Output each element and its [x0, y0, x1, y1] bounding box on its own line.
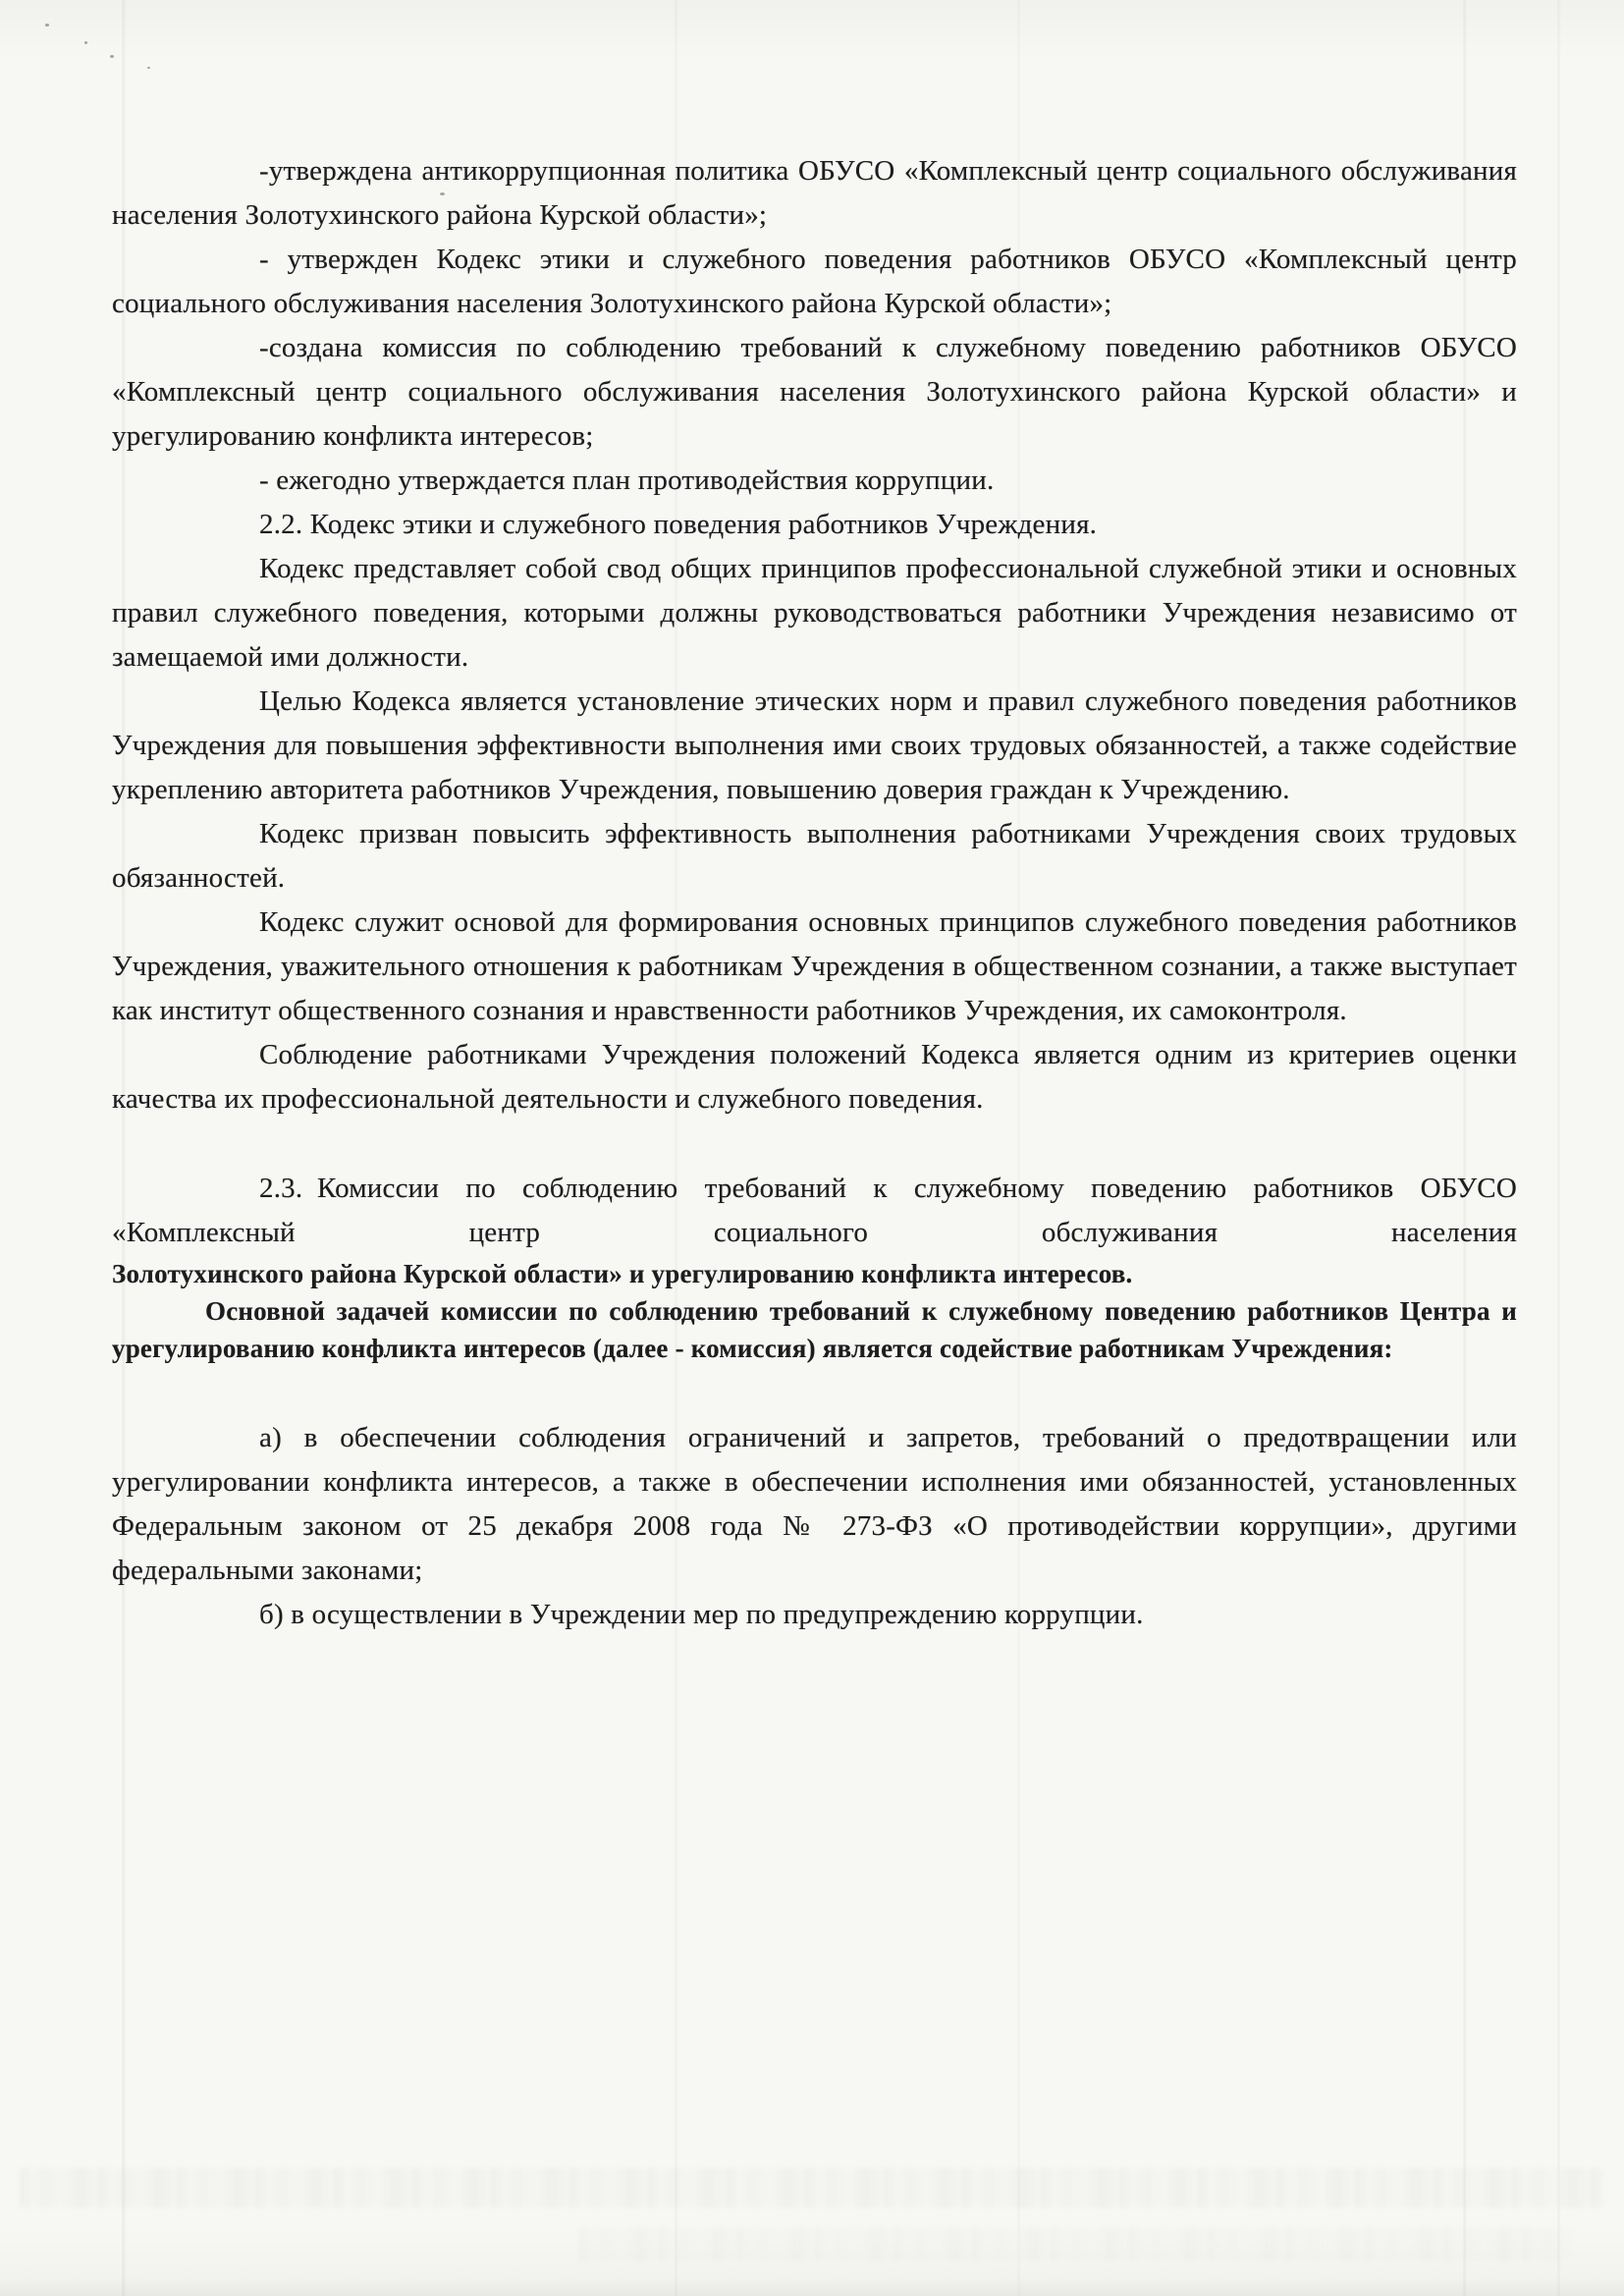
paragraph-item-a: а) в обеспечении соблюдения ограничений …	[112, 1416, 1517, 1593]
paragraph-code-definition: Кодекс представляет собой свод общих при…	[112, 547, 1517, 680]
paragraph-code-goal: Целью Кодекса является установление этич…	[112, 680, 1517, 812]
document-text-block: -утверждена антикоррупционная политика О…	[0, 0, 1624, 1637]
paragraph-code-purpose: Кодекс призван повысить эффективность вы…	[112, 812, 1517, 901]
scan-noise-band	[579, 2227, 1571, 2261]
paragraph-commission-created: -создана комиссия по соблюдению требован…	[112, 326, 1517, 459]
heading-2-2: 2.2. Кодекс этики и служебного поведения…	[112, 503, 1517, 547]
scanned-document-page: -утверждена антикоррупционная политика О…	[0, 0, 1624, 2296]
scan-noise-band	[20, 2168, 1604, 2208]
paragraph-ethics-code-approved: - утвержден Кодекс этики и служебного по…	[112, 238, 1517, 326]
paragraph-item-b: б) в осуществлении в Учреждении мер по п…	[112, 1593, 1517, 1637]
heading-2-3-part-bold: Золотухинского района Курской области» и…	[112, 1255, 1517, 1292]
paragraph-annual-plan: - ежегодно утверждается план противодейс…	[112, 459, 1517, 503]
heading-2-3-part-regular: 2.3. Комиссии по соблюдению требований к…	[112, 1167, 1517, 1255]
paragraph-code-basis: Кодекс служит основой для формирования о…	[112, 901, 1517, 1033]
paragraph-commission-main-task: Основной задачей комиссии по соблюдению …	[112, 1292, 1517, 1367]
paragraph-code-compliance: Соблюдение работниками Учреждения положе…	[112, 1033, 1517, 1121]
paragraph-anticorruption-policy: -утверждена антикоррупционная политика О…	[112, 149, 1517, 238]
